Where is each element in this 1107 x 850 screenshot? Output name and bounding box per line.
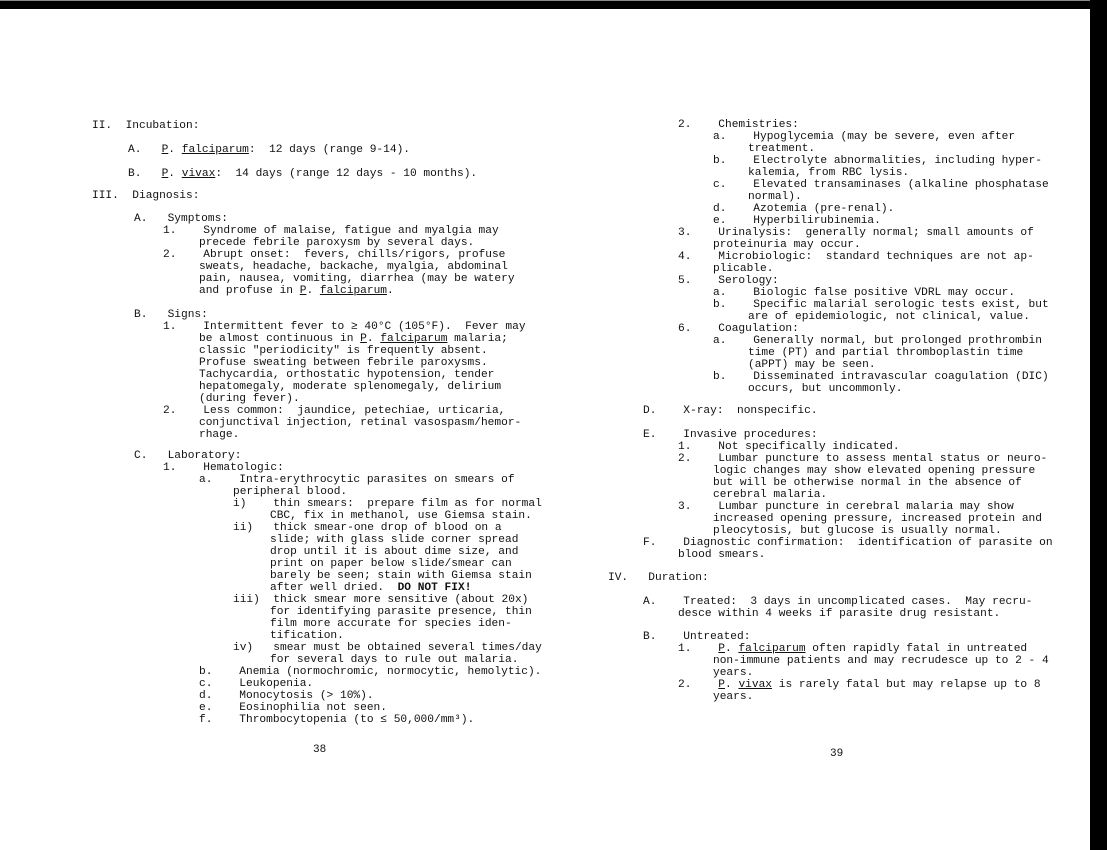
page-number-right: 39 bbox=[830, 748, 843, 760]
text-line: treatment. bbox=[748, 143, 815, 155]
text-line: 1. Not specifically indicated. bbox=[678, 441, 900, 453]
text-line: pleocytosis, but glucose is usually norm… bbox=[713, 525, 1002, 537]
text-line: rhage. bbox=[199, 429, 239, 441]
text-line: peripheral blood. bbox=[233, 486, 347, 498]
text-line: c. Leukopenia. bbox=[199, 678, 313, 690]
text-line: occurs, but uncommonly. bbox=[748, 383, 902, 395]
text-line: increased opening pressure, increased pr… bbox=[713, 513, 1042, 525]
text-line: 3. Lumbar puncture in cerebral malaria m… bbox=[678, 501, 1014, 513]
text-line: Tachycardia, orthostatic hypotension, te… bbox=[199, 369, 494, 381]
text-line: normal). bbox=[748, 191, 802, 203]
text-line: (aPPT) may be seen. bbox=[748, 359, 876, 371]
text-line: drop until it is about dime size, and bbox=[270, 546, 518, 558]
text-line: pain, nausea, vomiting, diarrhea (may be… bbox=[199, 273, 515, 285]
text-line: CBC, fix in methanol, use Giemsa stain. bbox=[270, 510, 532, 522]
text-line: desce within 4 weeks if parasite drug re… bbox=[678, 608, 1000, 620]
text-line: 1. Hematologic: bbox=[163, 462, 284, 474]
text-line: are of epidemiologic, not clinical, valu… bbox=[748, 311, 1030, 323]
text-line: D. X-ray: nonspecific. bbox=[643, 405, 818, 417]
text-line: a. Hypoglycemia (may be severe, even aft… bbox=[713, 131, 1015, 143]
text-line: e. Hyperbilirubinemia. bbox=[713, 215, 881, 227]
text-line: b. Electrolyte abnormalities, including … bbox=[713, 155, 1042, 167]
text-line: b. Specific malarial serologic tests exi… bbox=[713, 299, 1049, 311]
left-page: II. Incubation:A. P. falciparum: 12 days… bbox=[0, 0, 560, 850]
text-line: e. Eosinophilia not seen. bbox=[199, 702, 387, 714]
text-line: a. Intra-erythrocytic parasites on smear… bbox=[199, 474, 515, 486]
text-line: but will be otherwise normal in the abse… bbox=[713, 477, 1022, 489]
text-line: conjunctival injection, retinal vasospas… bbox=[199, 417, 521, 429]
text-line: 4. Microbiologic: standard techniques ar… bbox=[678, 251, 1034, 263]
text-line: film more accurate for species iden- bbox=[270, 618, 512, 630]
text-line: sweats, headache, backache, myalgia, abd… bbox=[199, 261, 508, 273]
text-line: i) thin smears: prepare film as for norm… bbox=[233, 498, 542, 510]
text-line: B. Signs: bbox=[134, 309, 208, 321]
text-line: ii) thick smear-one drop of blood on a bbox=[233, 522, 502, 534]
text-line: plicable. bbox=[713, 263, 773, 275]
text-line: 1. Intermittent fever to ≥ 40°C (105°F).… bbox=[163, 321, 526, 333]
page-number-left: 38 bbox=[313, 744, 326, 756]
text-line: iii) thick smear more sensitive (about 2… bbox=[233, 594, 528, 606]
text-line: slide; with glass slide corner spread bbox=[270, 534, 518, 546]
text-line: A. Symptoms: bbox=[134, 213, 228, 225]
text-line: b. Anemia (normochromic, normocytic, hem… bbox=[199, 666, 541, 678]
text-line: 1. P. falciparum often rapidly fatal in … bbox=[678, 643, 1027, 655]
text-line: kalemia, from RBC lysis. bbox=[748, 167, 909, 179]
text-line: (during fever). bbox=[199, 393, 300, 405]
right-page: 2. Chemistries:a. Hypoglycemia (may be s… bbox=[560, 0, 1090, 850]
text-line: d. Monocytosis (> 10%). bbox=[199, 690, 374, 702]
text-line: 2. Less common: jaundice, petechiae, urt… bbox=[163, 405, 505, 417]
text-line: 2. Chemistries: bbox=[678, 119, 799, 131]
text-line: barely be seen; stain with Giemsa stain bbox=[270, 570, 532, 582]
text-line: print on paper below slide/smear can bbox=[270, 558, 512, 570]
text-line: 6. Coagulation: bbox=[678, 323, 799, 335]
text-line: classic "periodicity" is frequently abse… bbox=[199, 345, 488, 357]
text-line: F. Diagnostic confirmation: identificati… bbox=[643, 537, 1053, 549]
text-line: d. Azotemia (pre-renal). bbox=[713, 203, 894, 215]
text-line: E. Invasive procedures: bbox=[643, 429, 818, 441]
text-line: c. Elevated transaminases (alkaline phos… bbox=[713, 179, 1049, 191]
text-line: II. Incubation: bbox=[92, 120, 199, 132]
text-line: 5. Serology: bbox=[678, 275, 779, 287]
text-line: proteinuria may occur. bbox=[713, 239, 861, 251]
text-line: A. P. falciparum: 12 days (range 9-14). bbox=[128, 144, 410, 156]
text-line: A. Treated: 3 days in uncomplicated case… bbox=[643, 596, 1032, 608]
text-line: III. Diagnosis: bbox=[92, 190, 199, 202]
text-line: IV. Duration: bbox=[608, 572, 709, 584]
text-line: for several days to rule out malaria. bbox=[270, 654, 518, 666]
text-line: non-immune patients and may recrudesce u… bbox=[713, 655, 1049, 667]
text-line: 2. Lumbar puncture to assess mental stat… bbox=[678, 453, 1047, 465]
text-line: be almost continuous in P. falciparum ma… bbox=[199, 333, 508, 345]
text-line: B. Untreated: bbox=[643, 631, 750, 643]
text-line: for identifying parasite presence, thin bbox=[270, 606, 532, 618]
text-line: years. bbox=[713, 667, 753, 679]
text-line: iv) smear must be obtained several times… bbox=[233, 642, 542, 654]
text-line: 3. Urinalysis: generally normal; small a… bbox=[678, 227, 1034, 239]
text-line: tification. bbox=[270, 630, 344, 642]
right-scan-border bbox=[1090, 0, 1107, 850]
text-line: a. Generally normal, but prolonged proth… bbox=[713, 335, 1042, 347]
text-line: precede febrile paroxysm by several days… bbox=[199, 237, 474, 249]
text-line: logic changes may show elevated opening … bbox=[713, 465, 1035, 477]
text-line: Profuse sweating between febrile paroxys… bbox=[199, 357, 488, 369]
text-line: and profuse in P. falciparum. bbox=[199, 285, 394, 297]
text-line: a. Biologic false positive VDRL may occu… bbox=[713, 287, 1015, 299]
text-line: 2. Abrupt onset: fevers, chills/rigors, … bbox=[163, 249, 505, 261]
text-line: after well dried. DO NOT FIX! bbox=[270, 582, 471, 594]
text-line: C. Laboratory: bbox=[134, 450, 241, 462]
text-line: 2. P. vivax is rarely fatal but may rela… bbox=[678, 679, 1041, 691]
text-line: B. P. vivax: 14 days (range 12 days - 10… bbox=[128, 168, 477, 180]
text-line: years. bbox=[713, 691, 753, 703]
text-line: f. Thrombocytopenia (to ≤ 50,000/mm³). bbox=[199, 714, 474, 726]
text-line: b. Disseminated intravascular coagulatio… bbox=[713, 371, 1049, 383]
text-line: 1. Syndrome of malaise, fatigue and myal… bbox=[163, 225, 499, 237]
text-line: hepatomegaly, moderate splenomegaly, del… bbox=[199, 381, 501, 393]
text-line: blood smears. bbox=[678, 549, 765, 561]
text-line: cerebral malaria. bbox=[713, 489, 827, 501]
text-line: time (PT) and partial thromboplastin tim… bbox=[748, 347, 1023, 359]
